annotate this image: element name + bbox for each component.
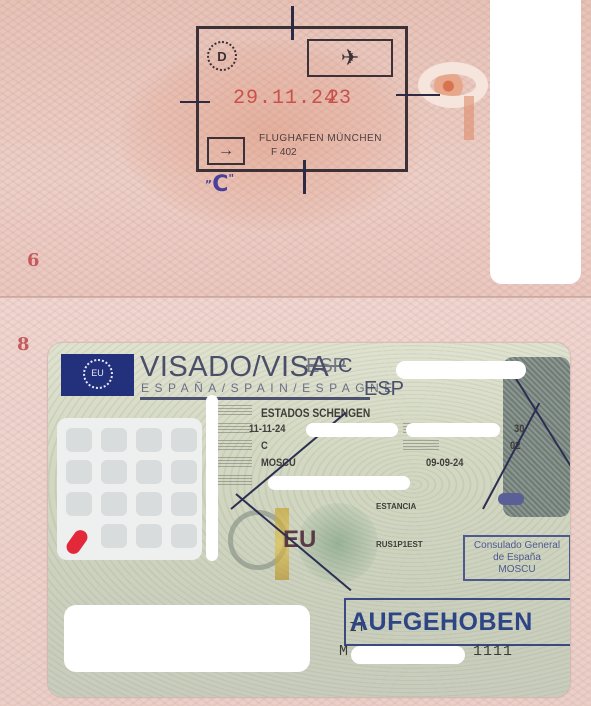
eu-flag-icon: EU <box>61 354 134 396</box>
redaction-block <box>306 423 398 437</box>
eu-stars-ring-icon: D <box>207 41 237 71</box>
page-mark-six: 6 <box>27 250 40 271</box>
eu-hologram: EU <box>223 498 373 588</box>
image-grid-icon <box>66 428 197 548</box>
field-label-issued-in <box>216 457 252 469</box>
page-mark-eight: 8 <box>17 334 30 355</box>
visa-type-value: C <box>261 440 268 452</box>
airplane-icon: ✈ <box>307 39 393 77</box>
schengen-visa-sticker: EU VISADO/VISA ESP C ESPAÑA/SPAIN/ESPAGN… <box>48 343 570 697</box>
consulate-line-3: MOSCU <box>465 564 569 576</box>
page-number-nine-icon <box>418 62 488 108</box>
field-label-type <box>216 440 252 452</box>
remarks-title: ESTANCIA <box>376 502 416 511</box>
redaction-block <box>64 605 310 672</box>
stamp-tick-bottom <box>303 160 306 194</box>
consulate-line-2: de España <box>465 552 569 564</box>
passport-page-top: D ✈ 29.11.24 23 → FLUGHAFEN MÜNCHEN F 40… <box>0 0 591 298</box>
valid-for-value: ESTADOS SCHENGEN <box>261 406 370 420</box>
redaction-block <box>206 395 218 561</box>
header-rule <box>140 397 370 400</box>
stamp-post-code: F 402 <box>271 147 297 158</box>
remarks-code: RUS1P1EST <box>376 540 423 549</box>
field-label-entries <box>403 440 439 452</box>
mrz-line-2-prefix: M <box>339 643 349 660</box>
field-label-valid-for <box>216 405 252 417</box>
visa-subtitle: ESPAÑA/SPAIN/ESPAGNE <box>141 381 398 395</box>
stamp-location: FLUGHAFEN MÜNCHEN <box>259 133 382 144</box>
country-code: D <box>217 49 226 64</box>
cancelled-stamp: AUFGEHOBEN <box>344 598 570 646</box>
stamp-tick-top <box>291 6 294 40</box>
stamp-time: 23 <box>327 87 351 110</box>
redaction-block <box>406 423 500 437</box>
schengen-emblem-icon <box>498 493 524 505</box>
handwritten-c-mark: „C" <box>205 172 234 197</box>
stamp-tick-right <box>396 94 440 96</box>
redaction-block <box>351 646 465 664</box>
photo-placeholder <box>57 418 202 560</box>
visa-title: VISADO/VISA <box>140 351 329 384</box>
stamp-date: 29.11.24 <box>233 87 337 110</box>
redaction-block <box>396 361 526 379</box>
page-number-tail <box>464 96 474 140</box>
cancelled-stamp-text: AUFGEHOBEN <box>350 608 533 637</box>
issue-date-value: 09-09-24 <box>426 457 463 469</box>
field-label-from <box>216 423 252 435</box>
arrow-right-icon: → <box>207 137 245 165</box>
from-date-value: 11-11-24 <box>249 423 285 435</box>
field-label-remarks <box>216 475 252 487</box>
hologram-eu-letters: EU <box>283 526 316 554</box>
visa-number-prefix: C <box>338 355 352 378</box>
eu-label: EU <box>61 368 134 378</box>
consulate-stamp: Consulado General de España MOSCU <box>463 535 570 581</box>
stamp-tick-left <box>180 101 210 103</box>
issuing-country: ESP <box>364 378 404 401</box>
consulate-line-1: Consulado General <box>465 540 569 552</box>
redaction-block <box>490 0 581 284</box>
redaction-block <box>268 476 410 490</box>
entry-stamp: D ✈ 29.11.24 23 → FLUGHAFEN MÜNCHEN F 40… <box>196 26 408 172</box>
mrz-line-2-suffix: 1111 <box>473 643 513 660</box>
